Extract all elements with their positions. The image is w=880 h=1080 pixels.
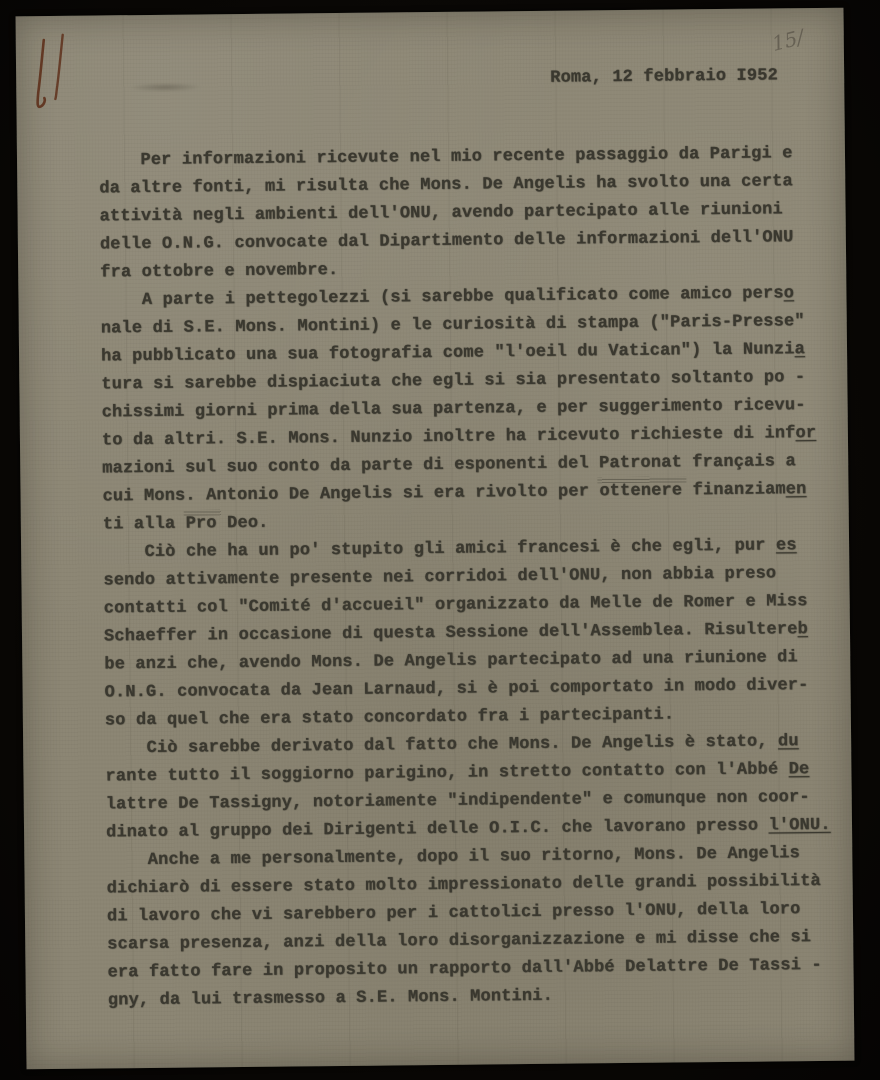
text-segment: so da quel che era stato concordato fra … (105, 706, 675, 731)
text-segment: delle O.N.G. convocate dal Dipartimento … (100, 228, 794, 254)
underlined-text: a (795, 340, 806, 359)
text-segment: Deo. (217, 514, 269, 534)
text-segment: Ciò sarebbe derivato dal fatto che Mons.… (105, 732, 778, 758)
underlined-text: b (797, 620, 808, 639)
text-segment: gny, da lui trasmesso a S.E. Mons. Monti… (108, 987, 553, 1011)
text-segment: mazioni sul suo conto da parte di espone… (102, 452, 796, 478)
text-segment: da altre fonti, mi risulta che Mons. De … (99, 172, 793, 198)
text-segment: contatti col "Comité d'accueil" organizz… (104, 592, 808, 618)
text-segment: tura si sarebbe dispiaciuta che egli si … (101, 368, 805, 394)
text-segment: Ciò che ha un po' stupito gli amici fran… (103, 536, 776, 562)
text-segment: dinato al gruppo dei Dirigenti delle O.I… (106, 817, 769, 843)
text-segment: nale di S.E. Mons. Montini) e le curiosi… (101, 312, 805, 338)
underlined-text: or (795, 424, 816, 443)
text-segment: lattre De Tassigny, notoriamente "indipe… (106, 788, 810, 814)
text-segment: era fatto fare in proposito un rapporto … (107, 956, 821, 982)
text-segment: chissimi giorni prima della sua partenza… (102, 396, 806, 422)
underlined-text: l'ONU. (768, 816, 830, 836)
date-line: Roma, 12 febbraio I952 (550, 62, 844, 93)
scan-background: 15/ Roma, 12 febbraio I952 Per informazi… (0, 0, 880, 1080)
underlined-text: en (786, 480, 807, 499)
struck-over-text: Pro (186, 514, 217, 533)
pencil-annotation: 15/ (772, 24, 803, 57)
underlined-text: es (776, 536, 797, 555)
text-segment: di lavoro che vi sarebbero per i cattoli… (107, 900, 801, 926)
pen-stroke-mark-icon (34, 32, 79, 118)
text-segment: scarsa presenza, anzi della loro disorga… (107, 928, 811, 954)
ink-smudge (128, 82, 202, 92)
text-segment: fra ottobre e novembre. (100, 261, 338, 282)
text-segment: Schaeffer in occasione di questa Session… (104, 620, 798, 646)
text-segment: rante tutto il soggiorno parigino, in st… (105, 760, 788, 786)
text-segment: Anche a me personalmente, dopo il suo ri… (106, 844, 800, 870)
text-segment: sendo attivamente presente nei corridoi … (103, 564, 776, 590)
text-segment: attività negli ambienti dell'ONU, avendo… (100, 200, 783, 226)
text-segment: cui Mons. Antonio De Angelis si era rivo… (102, 482, 599, 506)
text-segment: O.N.G. convocata da Jean Larnaud, si è p… (104, 676, 808, 702)
text-segment: A parte i pettegolezzi (si sarebbe quali… (100, 284, 783, 310)
text-segment: be anzi che, avendo Mons. De Angelis par… (104, 648, 798, 674)
underlined-text: De (789, 760, 810, 779)
text-segment: dichiarò di essere stato molto impressio… (107, 872, 821, 898)
text-segment: to da altri. S.E. Mons. Nunzio inoltre h… (102, 424, 796, 450)
struck-over-text: ottenere (599, 481, 682, 501)
underlined-text: du (778, 732, 799, 751)
underlined-text: o (784, 284, 795, 303)
text-segment: ti alla (103, 515, 186, 535)
text-segment: Per informazioni ricevute nel mio recent… (99, 144, 793, 170)
text-segment: ha pubblicato una sua fotografia come "l… (101, 340, 795, 366)
text-segment: finanziam (682, 480, 786, 500)
letter-body: Per informazioni ricevute nel mio recent… (17, 140, 854, 1017)
letter-page: 15/ Roma, 12 febbraio I952 Per informazi… (16, 8, 855, 1070)
